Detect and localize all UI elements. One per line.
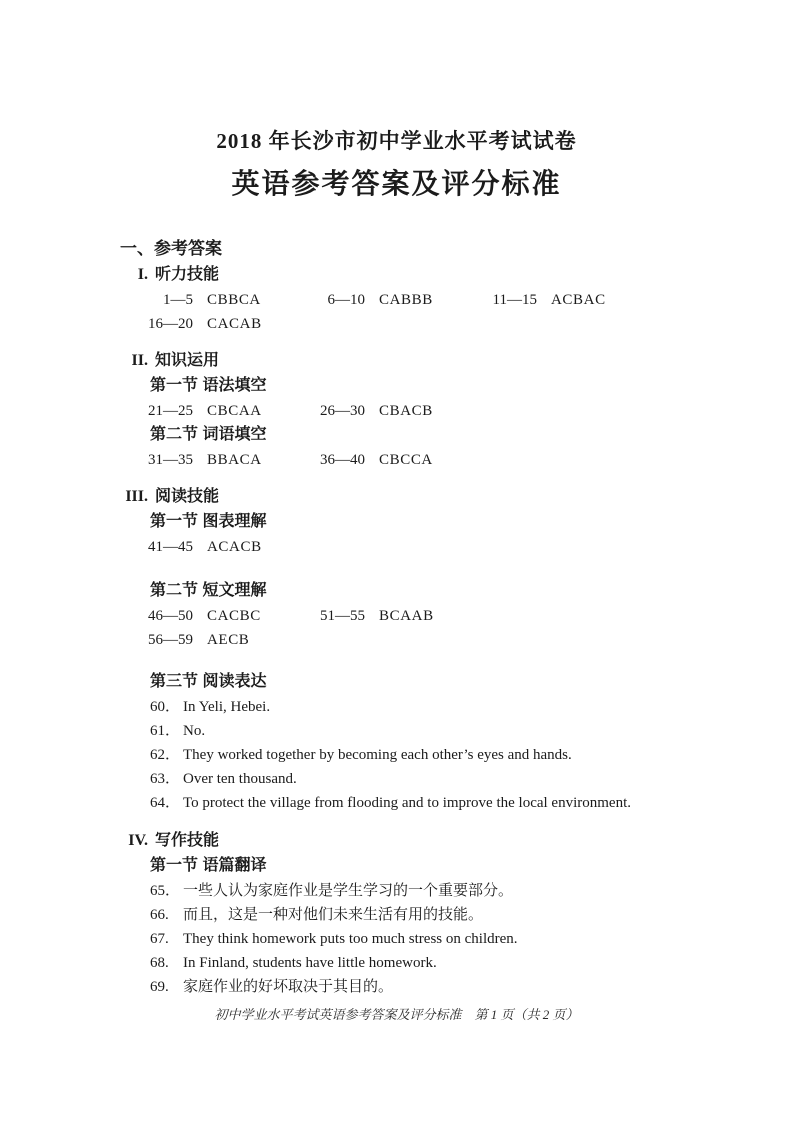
- section-heading-translation: 第一节 语篇翻译: [150, 855, 793, 877]
- answer-range: 1—5: [145, 289, 193, 311]
- answer-item: 64． To protect the village from flooding…: [150, 792, 793, 815]
- item-text: Over ten thousand.: [183, 768, 297, 791]
- part-label: I.: [116, 264, 148, 286]
- answer-row: 16—20 CACAB: [145, 313, 793, 335]
- answer-letters: BBACA: [207, 449, 262, 471]
- item-number: 62．: [150, 744, 183, 767]
- answer-letters: CBCAA: [207, 400, 262, 422]
- answer-row: 56—59 AECB: [145, 629, 793, 651]
- answer-row: 21—25 CBCAA 26—30 CBACB: [145, 400, 793, 422]
- section-heading-passages: 第二节 短文理解: [150, 580, 793, 602]
- answer-row: 41—45 ACACB: [145, 536, 793, 558]
- part-title: 知识运用: [155, 350, 219, 372]
- part-heading-listening: I. 听力技能: [116, 264, 793, 286]
- answer-group: 51—55 BCAAB: [317, 605, 434, 627]
- item-text: They think homework puts too much stress…: [183, 928, 518, 951]
- item-text: To protect the village from flooding and…: [183, 792, 631, 815]
- answer-letters: ACACB: [207, 536, 262, 558]
- answer-group: 31—35 BBACA: [145, 449, 317, 471]
- item-text: 家庭作业的好坏取决于其目的。: [183, 976, 393, 999]
- answer-item: 68. In Finland, students have little hom…: [150, 952, 793, 975]
- document-page: 2018 年长沙市初中学业水平考试试卷 英语参考答案及评分标准 一、参考答案 I…: [0, 0, 793, 1122]
- answer-range: 11—15: [489, 289, 537, 311]
- answer-group: 1—5 CBBCA: [145, 289, 317, 311]
- part-title: 阅读技能: [155, 486, 219, 508]
- section-heading-grammar: 第一节 语法填空: [150, 375, 793, 397]
- answer-group: 21—25 CBCAA: [145, 400, 317, 422]
- answer-range: 26—30: [317, 400, 365, 422]
- item-number: 64．: [150, 792, 183, 815]
- answer-range: 21—25: [145, 400, 193, 422]
- answer-letters: CACBC: [207, 605, 261, 627]
- answer-letters: AECB: [207, 629, 249, 651]
- answer-group: 46—50 CACBC: [145, 605, 317, 627]
- answer-row: 46—50 CACBC 51—55 BCAAB: [145, 605, 793, 627]
- answer-group: 36—40 CBCCA: [317, 449, 433, 471]
- page-title: 2018 年长沙市初中学业水平考试试卷: [0, 128, 793, 154]
- answer-item: 67. They think homework puts too much st…: [150, 928, 793, 951]
- answer-letters: ACBAC: [551, 289, 606, 311]
- answer-range: 31—35: [145, 449, 193, 471]
- answer-item: 66. 而且，这是一种对他们未来生活有用的技能。: [150, 904, 793, 927]
- section-heading-charts: 第一节 图表理解: [150, 511, 793, 533]
- item-number: 68.: [150, 952, 183, 975]
- answer-item: 65． 一些人认为家庭作业是学生学习的一个重要部分。: [150, 880, 793, 903]
- answer-range: 51—55: [317, 605, 365, 627]
- answer-letters: CBACB: [379, 400, 433, 422]
- answer-group: 11—15 ACBAC: [489, 289, 606, 311]
- item-number: 63．: [150, 768, 183, 791]
- item-text: 而且，这是一种对他们未来生活有用的技能。: [183, 904, 483, 927]
- item-number: 60．: [150, 696, 183, 719]
- answer-item: 69. 家庭作业的好坏取决于其目的。: [150, 976, 793, 999]
- item-number: 61．: [150, 720, 183, 743]
- answer-group: 41—45 ACACB: [145, 536, 262, 558]
- answer-group: 16—20 CACAB: [145, 313, 262, 335]
- item-number: 67.: [150, 928, 183, 951]
- section-heading-reading-expression: 第三节 阅读表达: [150, 671, 793, 693]
- answer-item: 63． Over ten thousand.: [150, 768, 793, 791]
- part-heading-knowledge: II. 知识运用: [116, 350, 793, 372]
- answer-group: 6—10 CABBB: [317, 289, 489, 311]
- answer-group: 56—59 AECB: [145, 629, 249, 651]
- item-number: 66.: [150, 904, 183, 927]
- answer-range: 41—45: [145, 536, 193, 558]
- answer-range: 6—10: [317, 289, 365, 311]
- answer-range: 16—20: [145, 313, 193, 335]
- item-text: 一些人认为家庭作业是学生学习的一个重要部分。: [183, 880, 513, 903]
- part-label: III.: [116, 486, 148, 508]
- item-text: In Yeli, Hebei.: [183, 696, 270, 719]
- part-title: 听力技能: [155, 264, 219, 286]
- answer-row: 1—5 CBBCA 6—10 CABBB 11—15 ACBAC: [145, 289, 793, 311]
- answer-range: 36—40: [317, 449, 365, 471]
- answers-heading: 一、参考答案: [120, 238, 793, 260]
- part-heading-writing: IV. 写作技能: [116, 830, 793, 852]
- item-number: 65．: [150, 880, 183, 903]
- page-footer: 初中学业水平考试英语参考答案及评分标准 第 1 页（共 2 页）: [0, 1006, 793, 1024]
- part-label: II.: [116, 350, 148, 372]
- answer-item: 62． They worked together by becoming eac…: [150, 744, 793, 767]
- item-text: In Finland, students have little homewor…: [183, 952, 437, 975]
- answer-item: 60． In Yeli, Hebei.: [150, 696, 793, 719]
- answer-group: 26—30 CBACB: [317, 400, 433, 422]
- part-title: 写作技能: [155, 830, 219, 852]
- item-text: No.: [183, 720, 205, 743]
- answer-letters: CBBCA: [207, 289, 261, 311]
- answer-letters: CBCCA: [379, 449, 433, 471]
- answer-range: 46—50: [145, 605, 193, 627]
- answer-letters: CACAB: [207, 313, 262, 335]
- answer-range: 56—59: [145, 629, 193, 651]
- answer-letters: BCAAB: [379, 605, 434, 627]
- answer-row: 31—35 BBACA 36—40 CBCCA: [145, 449, 793, 471]
- item-number: 69.: [150, 976, 183, 999]
- item-text: They worked together by becoming each ot…: [183, 744, 572, 767]
- page-subtitle: 英语参考答案及评分标准: [0, 168, 793, 200]
- answer-item: 61． No.: [150, 720, 793, 743]
- section-heading-vocabulary: 第二节 词语填空: [150, 424, 793, 446]
- part-label: IV.: [116, 830, 148, 852]
- part-heading-reading: III. 阅读技能: [116, 486, 793, 508]
- answer-letters: CABBB: [379, 289, 433, 311]
